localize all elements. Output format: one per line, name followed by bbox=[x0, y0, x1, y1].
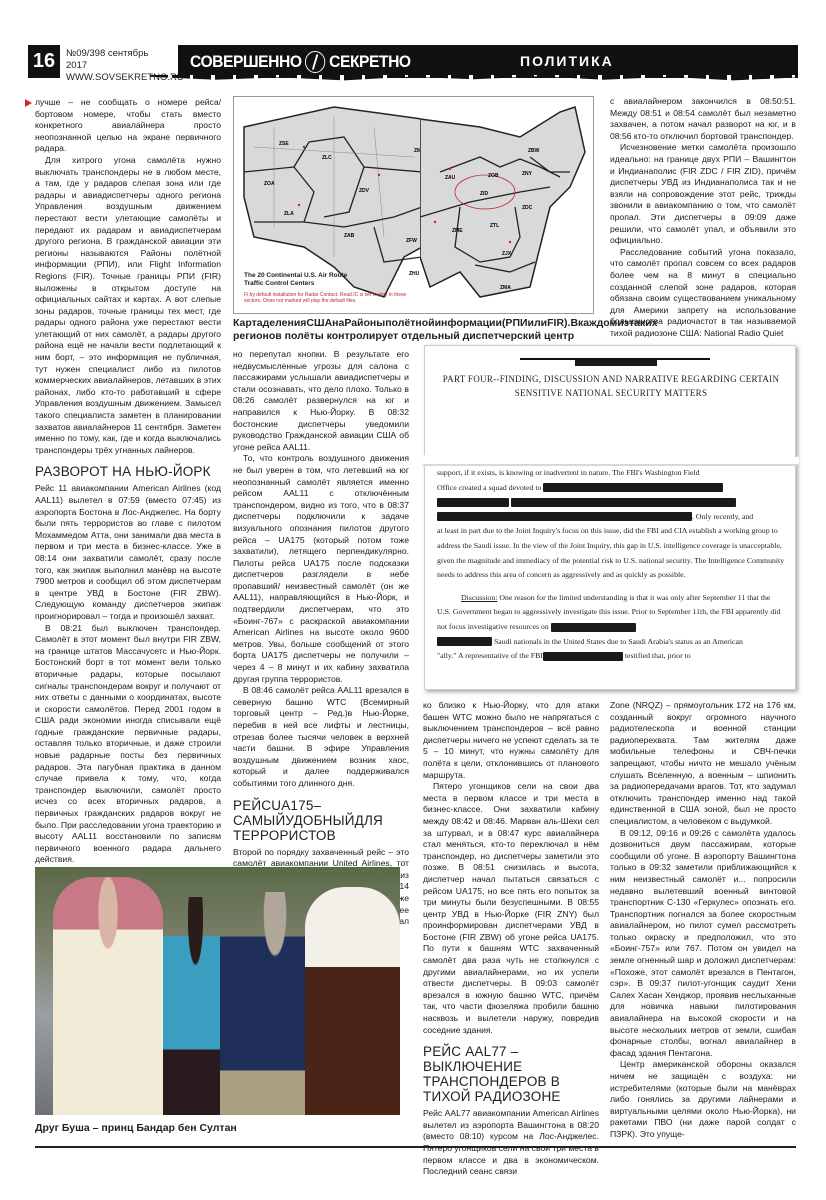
logo-right-text: СЕКРЕТНО bbox=[329, 52, 410, 72]
svg-text:ZID: ZID bbox=[480, 191, 488, 197]
logo-left-text: СОВЕРШЕННО bbox=[190, 52, 302, 72]
svg-text:ZME: ZME bbox=[452, 228, 463, 234]
redaction-bar bbox=[511, 498, 736, 507]
paragraph: Для хитрого угона самолёта нужно выключа… bbox=[35, 155, 221, 456]
paragraph: Рейс 11 авиакомпании American Airlines (… bbox=[35, 483, 221, 622]
photo-bush-bandar bbox=[35, 867, 400, 1115]
svg-text:ZFW: ZFW bbox=[406, 238, 417, 244]
map-east-svg: ZBW ZNY ZAU ZOB ZID ZDC ZME ZTL ZJX ZMA bbox=[420, 97, 594, 314]
svg-text:ZDC: ZDC bbox=[522, 205, 533, 211]
article-column-3: ко близко к Нью-Йорку, что для атаки баш… bbox=[423, 700, 599, 1178]
document-body: support, if it exists, is knowing or ina… bbox=[437, 466, 785, 664]
svg-text:ZBW: ZBW bbox=[528, 148, 540, 154]
paragraph: лучше – не сообщать о номере рейса/ борт… bbox=[35, 97, 221, 155]
article-column-4: с авиалайнером закончился в 08:50:51. Ме… bbox=[610, 96, 796, 339]
map-caption: КартаделенияСШАнаРайоныполётнойинформаци… bbox=[233, 317, 597, 343]
article-column-2: но перепутал кнопки. В результате его не… bbox=[233, 349, 409, 939]
svg-text:ZSE: ZSE bbox=[279, 141, 289, 147]
section-heading-ua175: РЕЙСUA175–САМЫЙУДОБНЫЙДЛЯ ТЕРРОРИСТОВ bbox=[233, 798, 409, 843]
svg-text:ZLA: ZLA bbox=[284, 211, 294, 217]
masthead: 16 №09/398 сентябрь 2017 WWW.SOVSEKRETNO… bbox=[28, 45, 798, 78]
svg-text:ZNY: ZNY bbox=[522, 171, 533, 177]
paragraph: ко близко к Нью-Йорку, что для атаки баш… bbox=[423, 700, 599, 781]
svg-text:ZMA: ZMA bbox=[500, 285, 511, 291]
redaction-bar bbox=[437, 637, 492, 646]
photo-caption: Друг Буша – принц Бандар бен Султан bbox=[35, 1122, 237, 1134]
newspaper-logo: СОВЕРШЕННО СЕКРЕТНО bbox=[190, 49, 411, 75]
paragraph: То, что контроль воздушного движения не … bbox=[233, 453, 409, 685]
bottom-rule bbox=[420, 1146, 796, 1148]
photo-person-robed bbox=[305, 887, 400, 1115]
photo-person-bandar bbox=[53, 877, 163, 1115]
section-heading-new-york: РАЗВОРОТ НА НЬЮ-ЙОРК bbox=[35, 464, 221, 479]
svg-text:ZOA: ZOA bbox=[264, 181, 275, 187]
document-heading: PART FOUR--FINDING, DISCUSSION AND NARRA… bbox=[435, 372, 787, 400]
torn-paper-edge bbox=[423, 450, 799, 466]
bottom-rule bbox=[35, 1146, 420, 1148]
issue-number: №09/398 сентябрь 2017 bbox=[66, 48, 172, 72]
classified-document-excerpt: PART FOUR--FINDING, DISCUSSION AND NARRA… bbox=[424, 345, 796, 690]
svg-text:ZJX: ZJX bbox=[502, 251, 512, 257]
website-link[interactable]: WWW.SOVSEKRETNO.RU bbox=[66, 72, 172, 84]
svg-text:ZLC: ZLC bbox=[322, 155, 332, 161]
paragraph: Исчезновение метки самолёта произошло ид… bbox=[610, 142, 796, 246]
paragraph: но перепутал кнопки. В результате его не… bbox=[233, 349, 409, 453]
section-heading-aal77: РЕЙС AAL77 – ВЫКЛЮЧЕНИЕ ТРАНСПОНДЕРОВ В … bbox=[423, 1044, 599, 1104]
paragraph: Рейс AAL77 авиакомпании American Airline… bbox=[423, 1108, 599, 1178]
us-fir-map-west: ZSE ZLC ZOA ZLA ZDV ZMP ZAB ZFW ZHU The … bbox=[233, 96, 421, 314]
paragraph: В 09:12, 09:16 и 09:26 с самолёта удалос… bbox=[610, 828, 796, 1060]
paragraph: В 08:46 самолёт рейса AAL11 врезался в с… bbox=[233, 685, 409, 789]
redaction-bar bbox=[437, 512, 692, 521]
section-title: ПОЛИТИКА bbox=[520, 45, 614, 78]
redaction-bar bbox=[575, 360, 657, 366]
redaction-bar bbox=[543, 652, 623, 661]
paragraph: Расследование событий угона показало, чт… bbox=[610, 247, 796, 340]
map-note: Fi by default installation for Radar Con… bbox=[244, 292, 420, 304]
svg-text:ZTL: ZTL bbox=[490, 223, 499, 229]
svg-text:ZAU: ZAU bbox=[445, 175, 456, 181]
paragraph: Центр американской обороны оказался ниче… bbox=[610, 1059, 796, 1140]
article-column-1: лучше – не сообщать о номере рейса/ борт… bbox=[35, 97, 221, 889]
svg-text:ZOB: ZOB bbox=[488, 173, 499, 179]
article-column-5: Zone (NRQZ) – прямоугольник 172 на 176 к… bbox=[610, 700, 796, 1141]
paragraph: Пятеро угонщиков сели на свои два места … bbox=[423, 781, 599, 1036]
paragraph: В 08:21 был выключен транспондер. Самолё… bbox=[35, 623, 221, 866]
paragraph: с авиалайнером закончился в 08:50:51. Ме… bbox=[610, 96, 796, 142]
torn-edge-decoration bbox=[150, 75, 798, 81]
logo-emblem-icon bbox=[305, 51, 325, 73]
map-legend: The 20 Continental U.S. Air Route Traffi… bbox=[244, 272, 420, 304]
photo-person-woman bbox=[163, 897, 228, 1115]
svg-text:ZAB: ZAB bbox=[344, 233, 355, 239]
redaction-bar bbox=[543, 483, 723, 492]
svg-text:ZDV: ZDV bbox=[359, 188, 370, 194]
us-fir-map-east: ZBW ZNY ZAU ZOB ZID ZDC ZME ZTL ZJX ZMA bbox=[420, 96, 594, 314]
issue-info: №09/398 сентябрь 2017 WWW.SOVSEKRETNO.RU bbox=[60, 45, 178, 78]
redaction-bar bbox=[437, 498, 509, 507]
paragraph: Zone (NRQZ) – прямоугольник 172 на 176 к… bbox=[610, 700, 796, 828]
continuation-marker-icon bbox=[25, 99, 32, 107]
redaction-bar bbox=[551, 623, 636, 632]
page-number: 16 bbox=[28, 45, 60, 78]
